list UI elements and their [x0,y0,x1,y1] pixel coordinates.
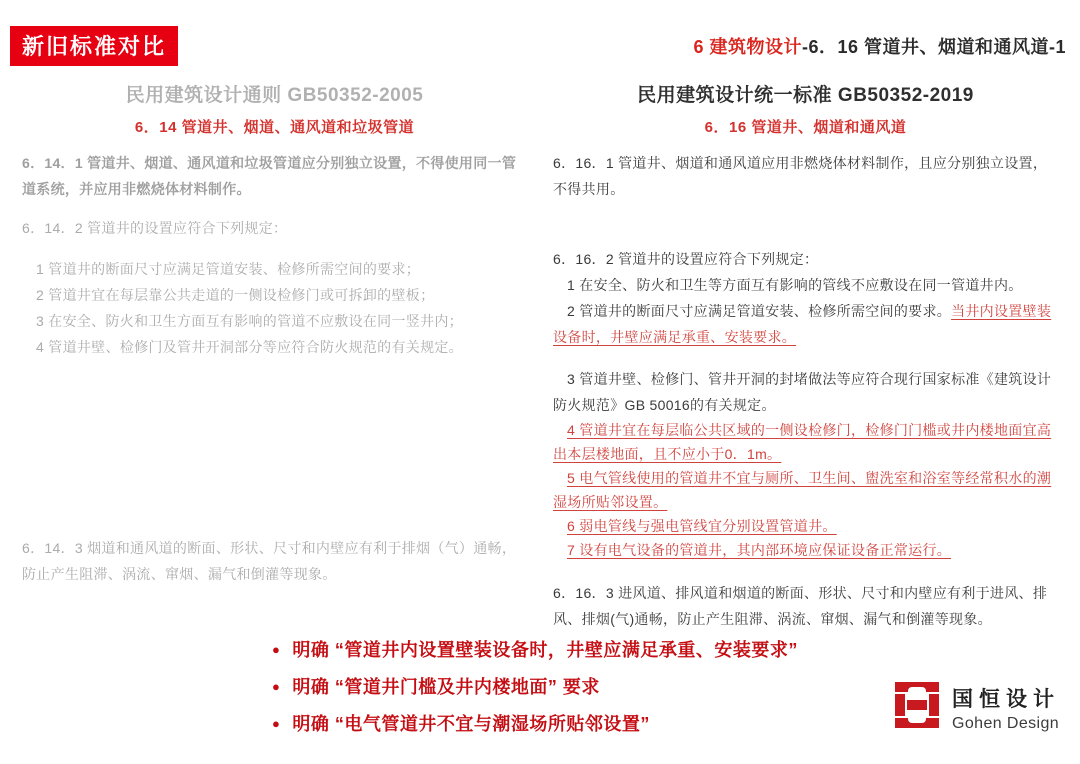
old-item-1: 1 管道井的断面尺寸应满足管道安装、检修所需空间的要求； [22,256,527,282]
summary-bullet-1: ● 明确 “管道井内设置壁装设备时，井壁应满足承重、安装要求” [272,636,798,673]
slide-page: 新旧标准对比 6 建筑物设计-6．16 管道井、烟道和通风道-1 民用建筑设计通… [0,0,1080,764]
old-clause-items: 1 管道井的断面尺寸应满足管道安装、检修所需空间的要求； 2 管道井宜在每层靠公… [22,256,527,360]
bullet-icon: ● [272,716,280,731]
old-clause-6-14-1: 6．14．1 管道井、烟道、通风道和垃圾管道应分别独立设置，不得使用同一管道系统… [22,150,527,202]
new-item-3: 3 管道井壁、检修门、管井开洞的封堵做法等应符合现行国家标准《建筑设计防火规范》… [553,366,1058,418]
new-item-2-text: 2 管道井的断面尺寸应满足管道安装、检修所需空间的要求。 [567,303,951,319]
comparison-columns: 民用建筑设计通则 GB50352-2005 6．14 管道井、烟道、通风道和垃圾… [22,80,1058,632]
old-standard-title: 民用建筑设计通则 GB50352-2005 [22,80,527,107]
new-item-1: 1 在安全、防火和卫生等方面互有影响的管线不应敷设在同一管道井内。 [553,272,1058,298]
gohen-logo-icon [895,682,939,733]
old-standard-subtitle: 6．14 管道井、烟道、通风道和垃圾管道 [22,116,527,137]
old-item-3: 3 在安全、防火和卫生方面互有影响的管道不应敷设在同一竖井内； [22,308,527,334]
bullet-icon: ● [272,642,280,657]
company-logo: 国恒设计 Gohen Design [895,682,1060,733]
new-item-2: 2 管道井的断面尺寸应满足管道安装、检修所需空间的要求。当井内设置壁装设备时，井… [553,298,1058,350]
logo-name-en: Gohen Design [952,715,1060,733]
new-added-items: 4 管道井宜在每层临公共区域的一侧设检修门，检修门门槛或井内楼地面宜高出本层楼地… [553,418,1058,562]
old-standard-body: 6．14．1 管道井、烟道、通风道和垃圾管道应分别独立设置，不得使用同一管道系统… [22,150,527,587]
logo-wordmark: 国恒设计 Gohen Design [952,683,1060,733]
old-item-4: 4 管道井壁、检修门及管井开洞部分等应符合防火规范的有关规定。 [22,334,527,360]
key-changes-summary: ● 明确 “管道井内设置壁装设备时，井壁应满足承重、安装要求” ● 明确 “管道… [272,636,798,747]
summary-bullet-2: ● 明确 “管道井门槛及井内楼地面” 要求 [272,673,798,710]
new-standard-column: 民用建筑设计统一标准 GB50352-2019 6．16 管道井、烟道和通风道 … [553,80,1058,632]
comparison-badge: 新旧标准对比 [10,26,178,66]
summary-bullet-2-text: 明确 “管道井门槛及井内楼地面” 要求 [292,673,600,699]
bullet-icon: ● [272,679,280,694]
new-item-5: 5 电气管线使用的管道井不宜与厕所、卫生间、盥洗室和浴室等经常积水的潮湿场所贴邻… [553,466,1058,514]
new-clause-6-16-3: 6．16．3 进风道、排风道和烟道的断面、形状、尺寸和内壁应有利于进风、排风、排… [553,580,1058,632]
page-title-chapter: 6 建筑物设计 [693,37,802,57]
new-clause-6-16-1: 6．16．1 管道井、烟道和通风道应用非燃烧体材料制作，且应分别独立设置，不得共… [553,150,1058,202]
logo-name-cn: 国恒设计 [952,683,1060,713]
new-standard-subtitle: 6．16 管道井、烟道和通风道 [553,116,1058,137]
new-standard-title: 民用建筑设计统一标准 GB50352-2019 [553,80,1058,107]
new-standard-body: 6．16．1 管道井、烟道和通风道应用非燃烧体材料制作，且应分别独立设置，不得共… [553,150,1058,632]
old-clause-6-14-2: 6．14．2 管道井的设置应符合下列规定： [22,215,527,241]
summary-bullet-3: ● 明确 “电气管道井不宜与潮湿场所贴邻设置” [272,710,798,747]
new-item-6: 6 弱电管线与强电管线宜分别设置管道井。 [553,514,1058,538]
page-title-section: -6．16 管道井、烟道和通风道-1 [802,37,1066,57]
new-item-7: 7 设有电气设备的管道井，其内部环境应保证设备正常运行。 [553,538,1058,562]
new-clause-6-16-2-group: 6．16．2 管道井的设置应符合下列规定： 1 在安全、防火和卫生等方面互有影响… [553,246,1058,350]
new-clause-6-16-2: 6．16．2 管道井的设置应符合下列规定： [553,246,1058,272]
old-standard-column: 民用建筑设计通则 GB50352-2005 6．14 管道井、烟道、通风道和垃圾… [22,80,527,632]
old-item-2: 2 管道井宜在每层靠公共走道的一侧设检修门或可拆卸的壁板； [22,282,527,308]
new-item-4: 4 管道井宜在每层临公共区域的一侧设检修门，检修门门槛或井内楼地面宜高出本层楼地… [553,418,1058,466]
page-title: 6 建筑物设计-6．16 管道井、烟道和通风道-1 [693,33,1066,59]
summary-bullet-1-text: 明确 “管道井内设置壁装设备时，井壁应满足承重、安装要求” [292,636,798,662]
summary-bullet-3-text: 明确 “电气管道井不宜与潮湿场所贴邻设置” [292,710,650,736]
old-clause-6-14-3: 6．14．3 烟道和通风道的断面、形状、尺寸和内壁应有利于排烟（气）通畅，防止产… [22,535,527,587]
